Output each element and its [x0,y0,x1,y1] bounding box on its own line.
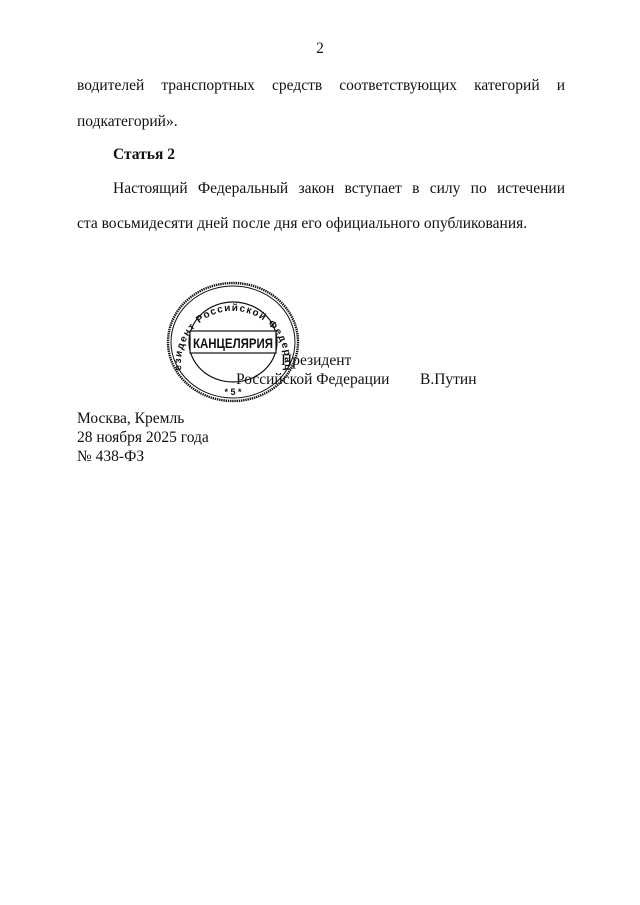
word: Федеральный [198,180,288,198]
page-number: 2 [0,40,640,58]
footer-date: 28 ноября 2025 года [77,429,209,447]
word: средств [272,77,322,95]
word: закон [298,180,334,198]
word: в [412,180,419,198]
paragraph-continuation-line1: водителей транспортных средств соответст… [77,77,565,95]
word: транспортных [161,77,255,95]
word: силу [430,180,461,198]
svg-text:Президент Российской Федерации: Президент Российской Федерации [166,281,293,372]
word: по [471,180,487,198]
official-stamp-icon: Президент Российской Федерации КАНЦЕЛЯРИ… [166,281,300,403]
footer-place: Москва, Кремль [77,410,184,428]
word: и [557,77,565,95]
footer-number: № 438-ФЗ [77,448,144,466]
word: вступает [345,180,402,198]
word: истечении [497,180,565,198]
article-text-line2: ста восьмидесяти дней после дня его офиц… [77,215,527,233]
paragraph-continuation-line2: подкатегорий». [77,113,178,131]
article-heading: Статья 2 [113,146,175,164]
svg-text:* 5 *: * 5 * [224,387,242,397]
word: водителей [77,77,144,95]
word: категорий [474,77,540,95]
word: Настоящий [113,180,188,198]
article-text-line1: Настоящий Федеральный закон вступает в с… [113,180,565,198]
svg-text:КАНЦЕЛЯРИЯ: КАНЦЕЛЯРИЯ [193,335,273,351]
word: соответствующих [339,77,457,95]
signature-name: В.Путин [420,371,477,389]
